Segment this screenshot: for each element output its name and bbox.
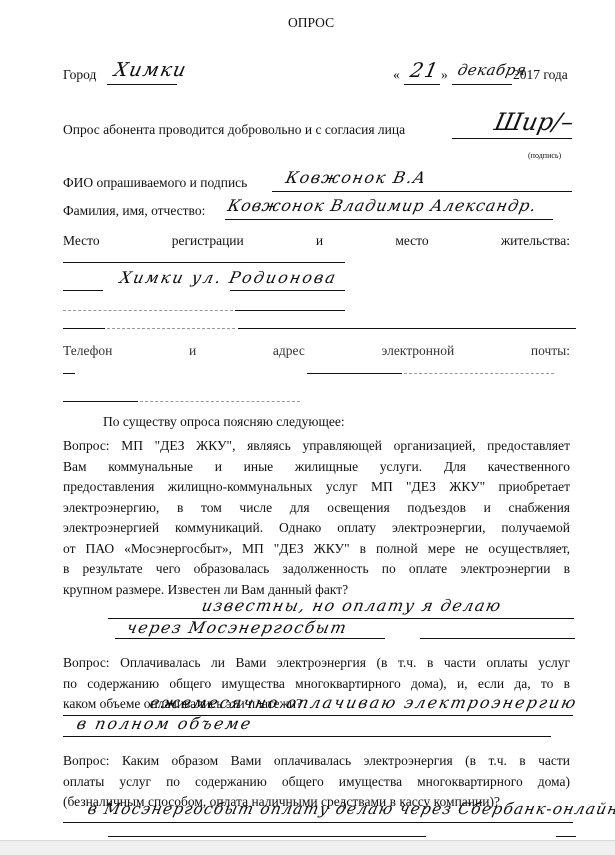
contact-label-word: адрес bbox=[273, 343, 305, 359]
contact-line-1a bbox=[63, 373, 75, 374]
address-line-4c bbox=[238, 328, 576, 329]
date-open-quote: « bbox=[393, 67, 400, 83]
address-label-word: жительства: bbox=[501, 233, 570, 249]
contact-line-1c bbox=[404, 373, 554, 374]
answer-2-text-1[interactable]: ежемесячно оплачиваю электроэнергию bbox=[148, 693, 580, 712]
address-line-3a bbox=[63, 310, 233, 311]
address-label-word: Место bbox=[63, 233, 100, 249]
contact-label-word: почты: bbox=[531, 343, 570, 359]
address-label-word: и bbox=[316, 233, 323, 249]
answer-1-text-1[interactable]: известны, но оплату я делаю bbox=[200, 596, 504, 615]
answer-1-line-2a bbox=[115, 638, 385, 639]
date-day-underline bbox=[404, 84, 440, 85]
intro-text: По существу опроса поясняю следующее: bbox=[103, 414, 345, 430]
answer-3-text-1[interactable]: в Мосэнергосбыт оплату делаю через Сберб… bbox=[86, 800, 615, 818]
answer-3-line-2a bbox=[108, 836, 426, 837]
city-value[interactable]: Химки bbox=[112, 59, 189, 81]
address-line-3b bbox=[235, 310, 345, 311]
consent-signature-underline bbox=[452, 138, 572, 139]
answer-2-text-2[interactable]: в полном объеме bbox=[75, 714, 254, 733]
date-close-quote: » bbox=[441, 67, 448, 83]
question-line: Вам коммунальные и иные жилищные услуги.… bbox=[63, 457, 570, 478]
contact-label-word: и bbox=[189, 343, 196, 359]
question-line: Вопрос: Каким образом Вами оплачивалась … bbox=[63, 751, 570, 772]
date-day[interactable]: 21 bbox=[408, 58, 442, 82]
date-year: 2017 года bbox=[513, 67, 568, 83]
address-line-1 bbox=[63, 262, 345, 263]
fio-sign-value[interactable]: Ковжонок В.А bbox=[284, 168, 429, 187]
full-name-value[interactable]: Ковжонок Владимир Александр. bbox=[226, 196, 539, 215]
address-label-word: регистрации bbox=[172, 233, 244, 249]
question-line: электроэнергией коммуникаций. Однако опл… bbox=[63, 518, 570, 539]
full-name-label: Фамилия, имя, отчество: bbox=[63, 203, 205, 219]
question-1: Вопрос: МП "ДЕЗ ЖКУ", являясь управляюще… bbox=[63, 436, 570, 600]
question-line: в результате чего образовалась задолженн… bbox=[63, 559, 570, 580]
answer-1-text-2[interactable]: через Мосэнергосбыт bbox=[125, 618, 349, 637]
answer-3-line-2b bbox=[556, 836, 576, 837]
contact-line-2a bbox=[63, 401, 138, 402]
city-underline bbox=[107, 84, 177, 85]
question-line: оплаты услуг по содержанию общего имущес… bbox=[63, 772, 570, 793]
address-line-2a bbox=[63, 290, 103, 291]
address-value[interactable]: Химки ул. Родионова bbox=[118, 268, 339, 287]
question-line: Вопрос: МП "ДЕЗ ЖКУ", являясь управляюще… bbox=[63, 436, 570, 457]
consent-signature[interactable]: Шир/– bbox=[492, 108, 576, 136]
address-line-4a bbox=[63, 328, 105, 329]
contact-label: Телефон и адрес электронной почты: bbox=[63, 343, 570, 359]
address-label-word: место bbox=[395, 233, 428, 249]
contact-label-word: электронной bbox=[382, 343, 455, 359]
address-label: Место регистрации и место жительства: bbox=[63, 233, 570, 249]
question-line: по содержанию общего имущества многоквар… bbox=[63, 674, 570, 695]
fio-sign-label: ФИО опрашиваемого и подпись bbox=[63, 175, 247, 191]
answer-2-line-2 bbox=[63, 736, 551, 737]
question-line: предоставления жилищно-коммунальных услу… bbox=[63, 477, 570, 498]
page-title: ОПРОС bbox=[288, 15, 334, 31]
question-line: электроэнергию, в том числе для освещени… bbox=[63, 498, 570, 519]
question-line: Вопрос: Оплачивалась ли Вами электроэнер… bbox=[63, 653, 570, 674]
contact-line-1b bbox=[307, 373, 402, 374]
contact-line-2b bbox=[140, 401, 300, 402]
signature-caption: (подпись) bbox=[528, 151, 561, 160]
answer-3-line-1 bbox=[63, 822, 573, 823]
address-line-2b bbox=[230, 290, 345, 291]
address-line-4b bbox=[107, 328, 235, 329]
answer-1-line-2b bbox=[420, 638, 575, 639]
consent-text: Опрос абонента проводится добровольно и … bbox=[63, 122, 405, 138]
city-label: Город bbox=[63, 67, 96, 83]
date-month-underline bbox=[452, 84, 512, 85]
full-name-underline bbox=[225, 219, 553, 220]
question-line: от ПАО «Мосэнергосбыт», МП "ДЕЗ ЖКУ" в п… bbox=[63, 539, 570, 560]
fio-sign-underline bbox=[272, 191, 572, 192]
page-bottom-edge bbox=[0, 840, 615, 855]
contact-label-word: Телефон bbox=[63, 343, 112, 359]
